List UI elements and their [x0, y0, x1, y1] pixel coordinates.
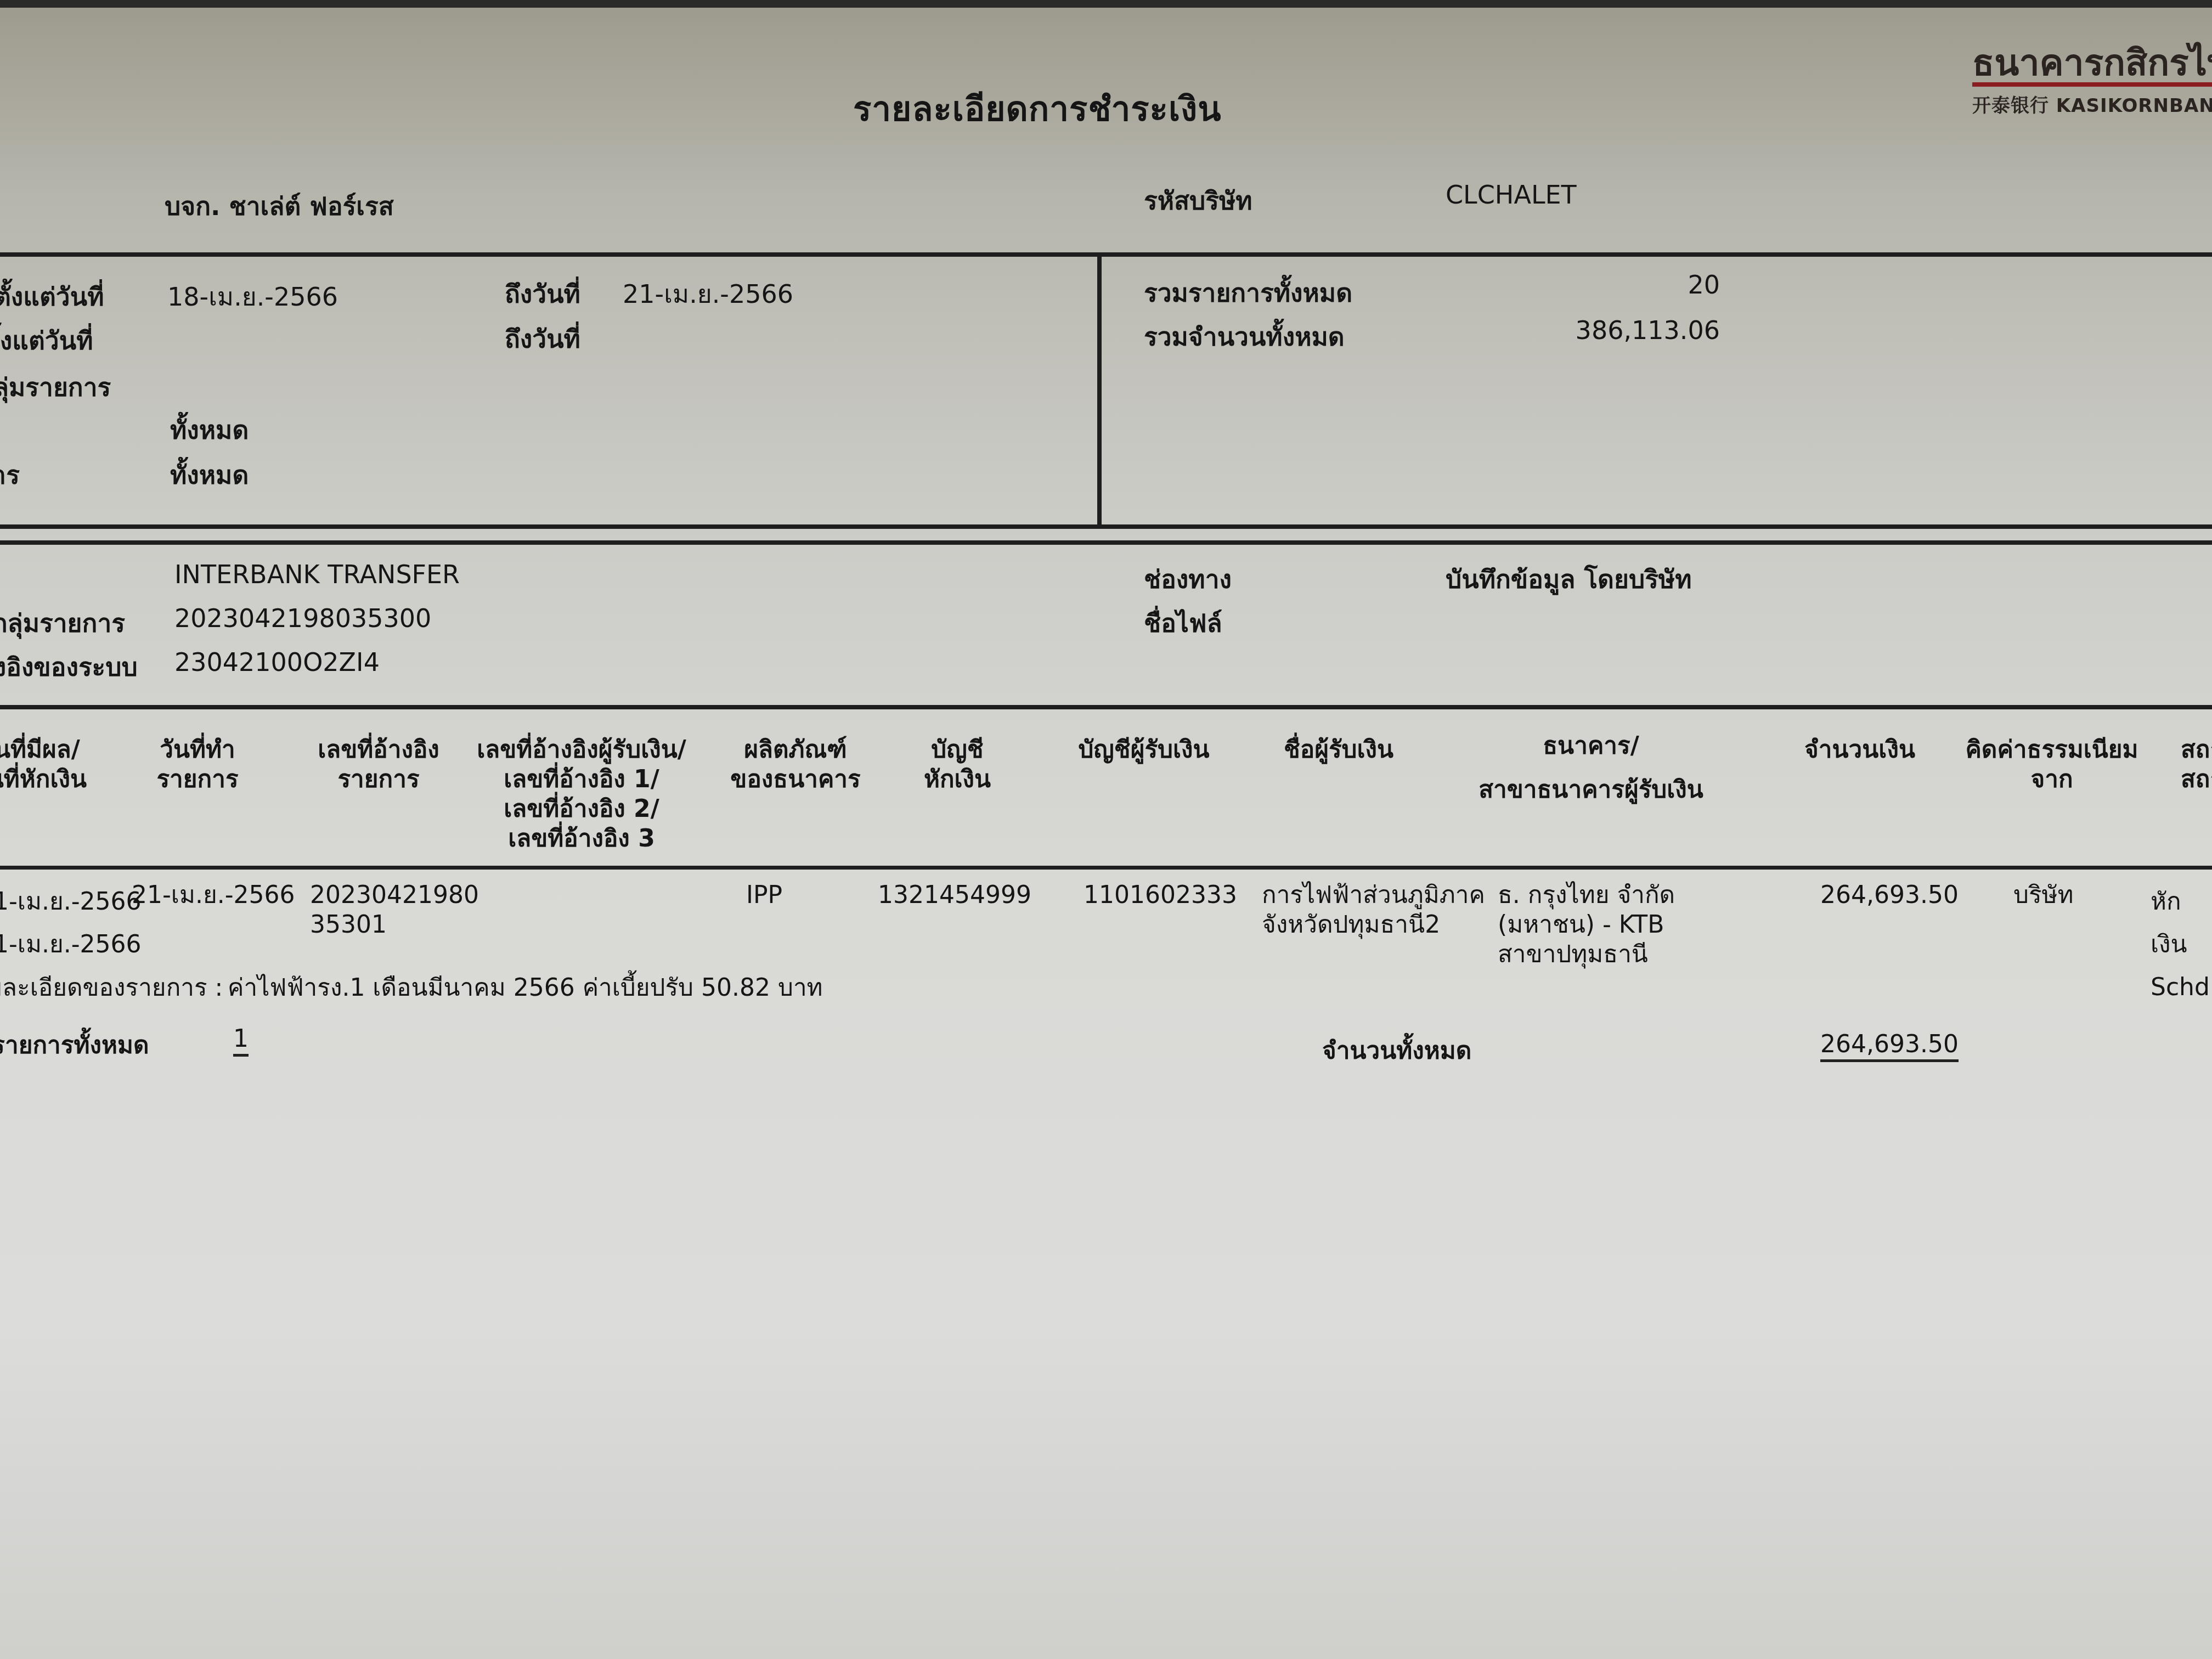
- footer-total-items-label: จำนวนรายการทั้งหมด: [0, 1026, 149, 1064]
- detail-label: รายละเอียดของรายการ :: [0, 968, 223, 1007]
- page-title: รายละเอียดการชำระเงิน: [853, 82, 1222, 136]
- vertical-divider: [1097, 252, 1102, 527]
- group-value: ทั้งหมด: [170, 410, 249, 450]
- file-name-label: ชื่อไฟล์: [1144, 603, 1222, 644]
- group-no-label: เลขที่กลุ่มรายการ: [0, 603, 125, 644]
- cell-payee-account: 1101602333: [1084, 881, 1237, 910]
- col-bank-branch: ธนาคาร/ สาขาธนาคารผู้รับเงิน: [1454, 735, 1728, 801]
- col-amount: จำนวนเงิน: [1778, 735, 1942, 765]
- divider: [0, 252, 2212, 257]
- cell-bank-branch: ธ. กรุงไทย จำกัด (มหาชน) - KTB สาขาปทุมธ…: [1498, 881, 1675, 969]
- cell-fee-from: บริษัท: [2013, 881, 2074, 910]
- system-ref-label: เลขอ้างอิงของระบบ: [0, 647, 138, 687]
- cell-amount: 264,693.50: [1756, 881, 1959, 910]
- col-status: สถานะ สถานะ: [2181, 735, 2212, 794]
- system-ref-value: 23042100O2ZI4: [174, 647, 380, 677]
- cell-status: หักเงิน Schd.: [2151, 881, 2212, 1009]
- channel-label: ช่องทาง: [1144, 560, 1232, 600]
- col-payee-account: บัญชีผู้รับเงิน: [1053, 735, 1234, 765]
- detail-value: ค่าไฟฟ้ารง.1 เดือนมีนาคม 2566 ค่าเบี้ยปร…: [228, 968, 823, 1007]
- bank-logo-english: 开泰银行 KASIKORNBANK: [1972, 91, 2212, 117]
- channel-value: บันทึกข้อมูล โดยบริษัท: [1446, 560, 1692, 600]
- company-code-value: CLCHALET: [1446, 180, 1577, 210]
- type-value: ทั้งหมด: [170, 455, 249, 495]
- divider: [0, 866, 2212, 870]
- summary-total-amount-label: รวมจำนวนทั้งหมด: [1144, 317, 1345, 357]
- footer-total-amount-value: 264,693.50: [1820, 1030, 1959, 1062]
- from-date-value: 18-เม.ย.-2566: [167, 277, 338, 317]
- col-fee-from: คิดค่าธรรมเนียม จาก: [1948, 735, 2156, 794]
- footer-total-items-value[interactable]: 1: [233, 1025, 249, 1057]
- summary-total-amount-value: 386,113.06: [1525, 315, 1720, 345]
- summary-total-items-value: 20: [1580, 270, 1720, 300]
- col-product: ผลิตภัณฑ์ ของธนาคาร: [719, 735, 872, 794]
- cell-txn-date: 21-เม.ย.-2566: [132, 881, 295, 910]
- group-label: กลุ่มรายการ: [0, 368, 111, 408]
- col-payee-refs: เลขที่อ้างอิงผู้รับเงิน/ เลขที่อ้างอิง 1…: [455, 735, 708, 854]
- divider: [0, 705, 2212, 709]
- top-bezel: [0, 0, 2212, 8]
- col-effective-date: วันที่มีผล/ วันที่หักเงิน: [0, 735, 93, 794]
- col-debit-account: บัญชี หักเงิน: [894, 735, 1020, 794]
- cell-debit-account: 1321454999: [878, 881, 1031, 910]
- col-payee-name: ชื่อผู้รับเงิน: [1256, 735, 1421, 765]
- to-date-value: 21-เม.ย.-2566: [623, 274, 793, 314]
- company-name: บจก. ชาเล่ต์ ฟอร์เรส: [165, 187, 394, 227]
- from-date-label: ตั้งแต่วันที่: [0, 277, 104, 317]
- cell-product: IPP: [746, 881, 782, 910]
- cell-payee-name: การไฟฟ้าส่วนภูมิภาค จังหวัดปทุมธานี2: [1262, 881, 1485, 940]
- service-value: INTERBANK TRANSFER: [174, 560, 460, 589]
- summary-total-items-label: รวมรายการทั้งหมด: [1144, 273, 1352, 313]
- type-label: รายการ: [0, 455, 20, 495]
- divider: [0, 524, 2212, 529]
- cell-effective-date: 21-เม.ย.-2566 21-เม.ย.-2566: [0, 881, 142, 966]
- footer-total-amount-label: จำนวนทั้งหมด: [1322, 1031, 1471, 1070]
- bank-logo-rule: [1972, 82, 2212, 87]
- group-no-value: 2023042198035300: [174, 603, 431, 633]
- col-txn-date: วันที่ทำ รายการ: [143, 735, 252, 794]
- company-code-label: รหัสบริษัท: [1144, 181, 1252, 221]
- to-date2-label: ถึงวันที่: [505, 319, 580, 359]
- col-txn-ref: เลขที่อ้างอิง รายการ: [307, 735, 450, 794]
- cell-txn-ref: 20230421980 35301: [310, 881, 479, 940]
- from-date2-label: ตั้งแต่วันที่: [0, 321, 93, 361]
- divider: [0, 540, 2212, 545]
- to-date-label: ถึงวันที่: [505, 274, 580, 314]
